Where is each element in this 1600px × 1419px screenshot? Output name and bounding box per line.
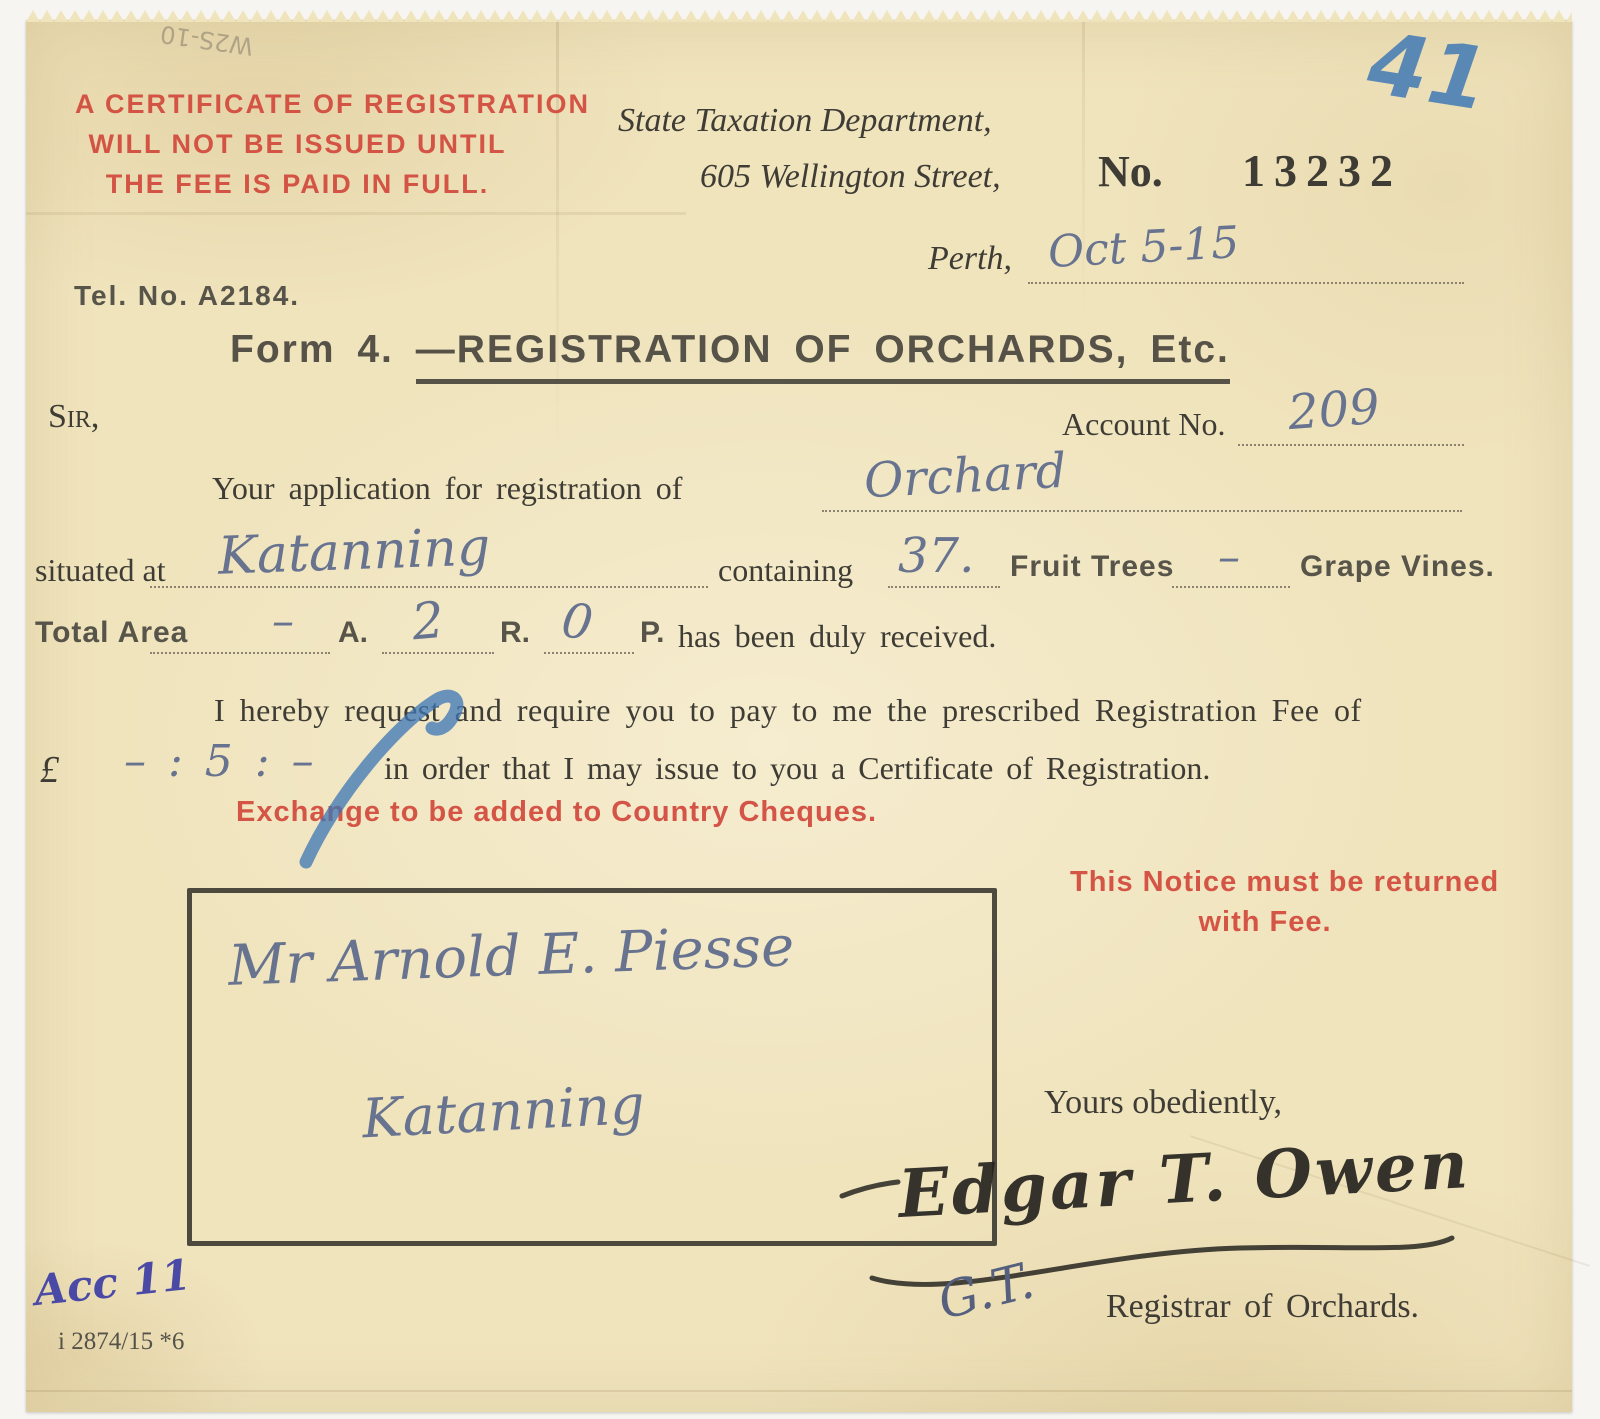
received-text: has been duly received. (678, 618, 996, 655)
registrar-title: Registrar of Orchards. (1106, 1288, 1419, 1326)
account-number-label: Account No. (1062, 406, 1226, 443)
currency-symbol: £ (40, 748, 59, 792)
return-notice-line2: with Fee. (1070, 902, 1460, 942)
doc-number-value: 13232 (1242, 144, 1402, 197)
roods-label: R. (500, 616, 530, 650)
total-area-value: – (272, 596, 294, 647)
fee-amount-value: – : 5 : – (124, 736, 318, 787)
return-notice-stamp: This Notice must be returned with Fee. (1070, 862, 1460, 942)
situated-dotted-line (150, 586, 708, 588)
acres-label: A. (338, 616, 368, 650)
total-area-label: Total Area (35, 616, 188, 650)
acres-dotted-line (382, 652, 494, 654)
fruit-trees-count: 37. (898, 528, 974, 584)
situated-label: situated at (35, 552, 166, 589)
form-title: Form 4. —REGISTRATION OF ORCHARDS, Etc. (230, 328, 1230, 372)
city-label: Perth, (928, 240, 1012, 278)
application-dotted-line (822, 510, 1462, 512)
date-value: Oct 5-15 (1047, 217, 1241, 278)
total-area-dotted-line (150, 652, 330, 654)
grape-vines-label: Grape Vines. (1300, 550, 1495, 584)
request-continuation: in order that I may issue to you a Certi… (384, 750, 1210, 787)
account-dotted-line (1238, 444, 1464, 446)
registration-notice-document: W2S-10 A CERTIFICATE OF REGISTRATION WIL… (0, 0, 1600, 1419)
fruit-trees-label: Fruit Trees (1010, 550, 1174, 584)
return-notice-line1: This Notice must be returned (1070, 862, 1460, 902)
application-type-value: Orchard (863, 443, 1068, 510)
roods-dotted-line (544, 652, 634, 654)
acres-value: 2 (410, 591, 447, 652)
telephone-number: Tel. No. A2184. (74, 280, 300, 312)
doc-number-label: No. (1098, 146, 1163, 197)
fee-warning-line1: A CERTIFICATE OF REGISTRATION (75, 84, 520, 124)
perches-label: P. (640, 616, 664, 650)
form-title-form-label: Form 4. (230, 328, 394, 371)
request-text: I hereby request and require you to pay … (214, 692, 1362, 729)
department-name: State Taxation Department, (618, 102, 992, 140)
account-number-value: 209 (1286, 379, 1381, 441)
fee-warning-stamp: A CERTIFICATE OF REGISTRATION WILL NOT B… (75, 84, 520, 204)
closing-valediction: Yours obediently, (1044, 1084, 1282, 1122)
date-dotted-line (1028, 282, 1464, 284)
fruit-trees-dotted-line (888, 586, 1000, 588)
containing-label: containing (718, 552, 853, 589)
fee-warning-line3: THE FEE IS PAID IN FULL. (75, 164, 520, 204)
form-title-main: —REGISTRATION OF ORCHARDS, Etc. (416, 328, 1230, 384)
grape-vines-dotted-line (1172, 586, 1290, 588)
location-value: Katanning (217, 517, 491, 586)
print-code: i 2874/15 *6 (58, 1328, 184, 1356)
fee-warning-line2: WILL NOT BE ISSUED UNTIL (75, 124, 520, 164)
application-label: Your application for registration of (212, 470, 682, 507)
deckle-edge (26, 8, 1572, 22)
salutation: Sir, (48, 398, 99, 436)
street-address: 605 Wellington Street, (700, 158, 1001, 196)
exchange-notice-stamp: Exchange to be added to Country Cheques. (236, 796, 877, 829)
grape-vines-count: – (1218, 532, 1240, 583)
